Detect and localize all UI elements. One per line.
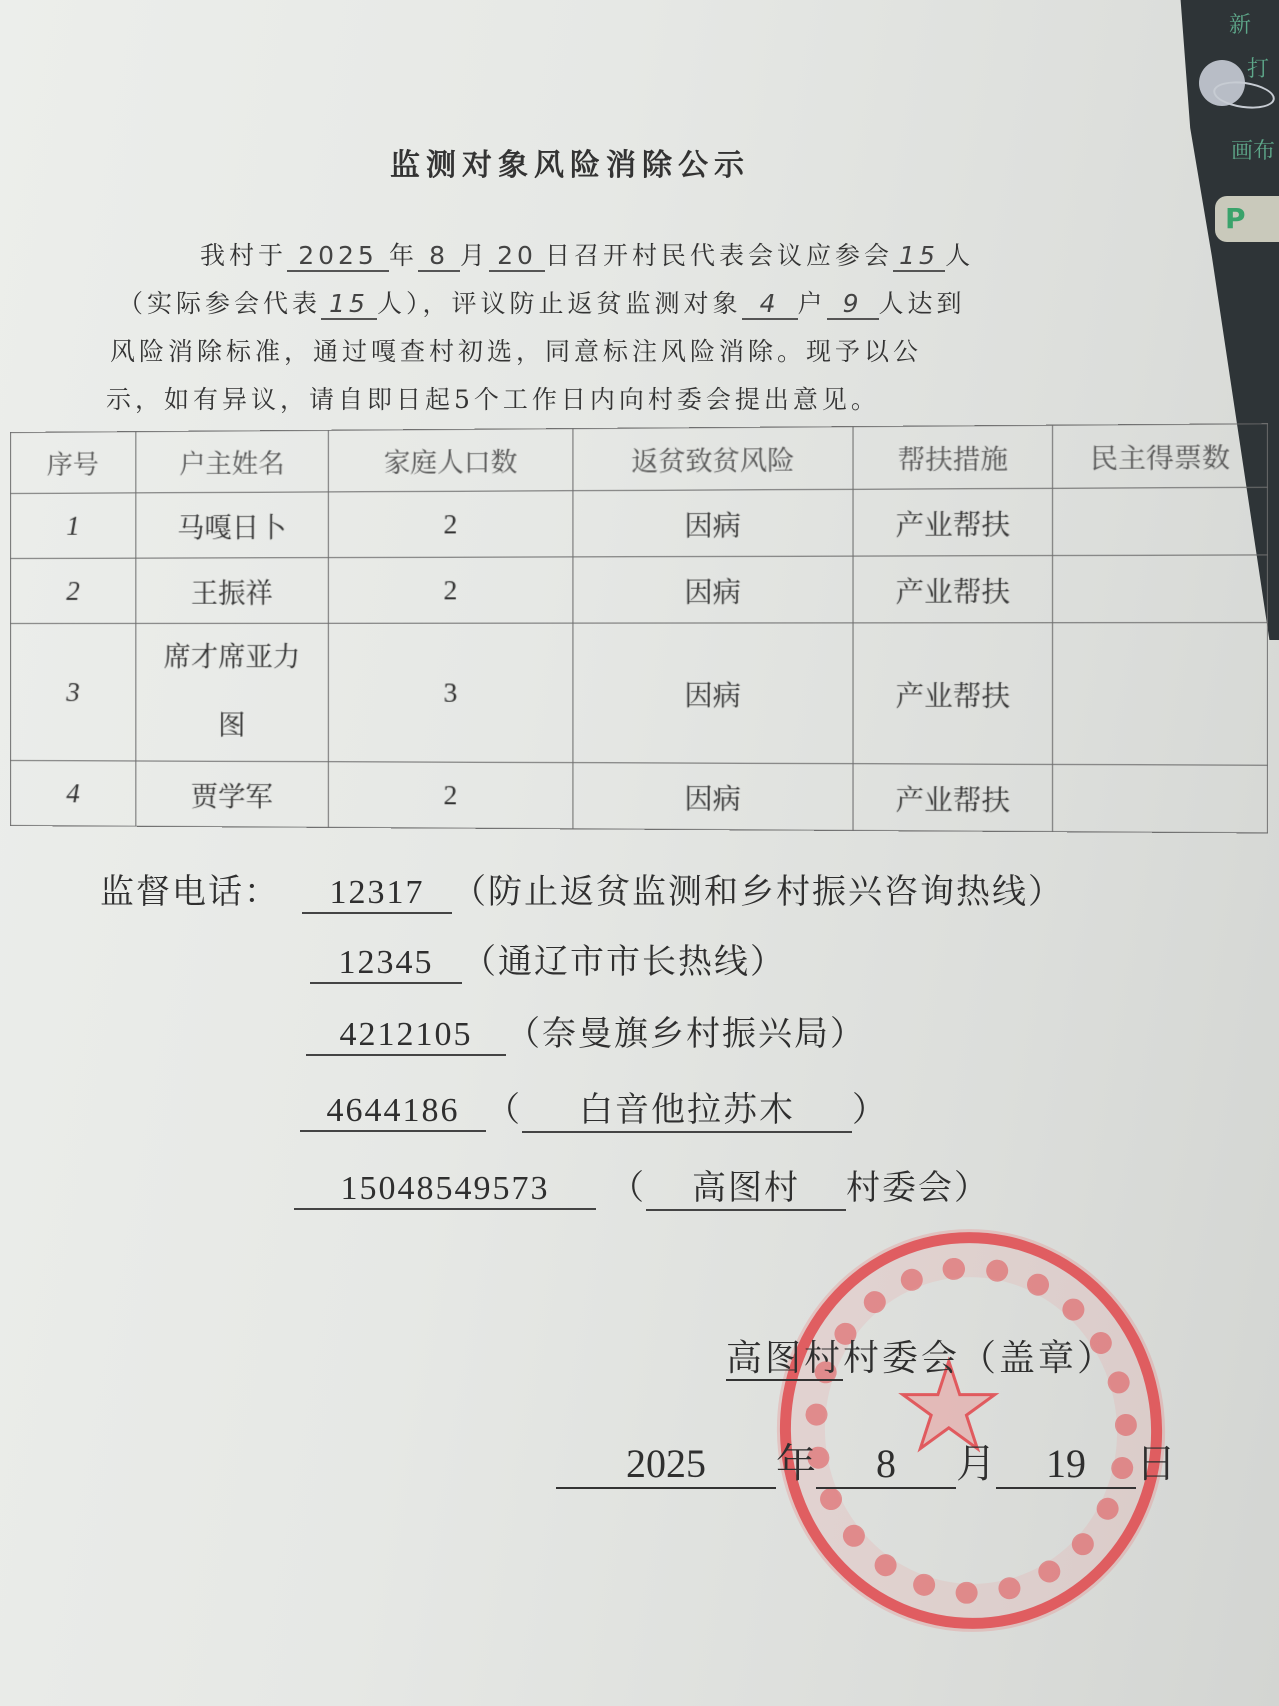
date-year: 2025: [556, 1440, 776, 1489]
actual-attendees-field: 15: [321, 289, 377, 320]
screen-pill-button: P: [1215, 196, 1279, 242]
cell-seq: 2: [10, 558, 135, 623]
intro-text: 人: [945, 241, 974, 270]
signature-org-rest: 村委会（盖章）: [843, 1338, 1116, 1379]
phone-description: （防止返贫监测和乡村振兴咨询热线）: [452, 872, 1064, 912]
persons-field: 9: [827, 289, 879, 320]
supervision-phone-row: 15048549573（高图村村委会）: [294, 1160, 990, 1211]
table-row: 4 贾学军 2 因病 产业帮扶: [10, 761, 1267, 833]
table-row: 3 席才席亚力图 3 因病 产业帮扶: [10, 623, 1267, 766]
supervision-phone-row: 监督电话：12317（防止返贫监测和乡村振兴咨询热线）: [100, 864, 1064, 914]
cell-votes: [1053, 623, 1268, 766]
intro-line-4: 示，如有异议，请自即日起5个工作日内向村委会提出意见。: [106, 380, 880, 416]
supervision-phone-row: 12345（通辽市市长热线）: [310, 934, 786, 984]
screen-text-fragment: 画布: [1231, 134, 1275, 165]
phone-number: 4212105: [306, 1016, 506, 1056]
expected-attendees-field: 15: [893, 241, 945, 272]
cell-name: 王振祥: [136, 558, 329, 624]
meeting-month-field: 8: [418, 241, 460, 272]
intro-text: （实际参会代表: [118, 289, 321, 318]
phone-description-close: ）: [852, 1090, 888, 1130]
risk-table: 序号 户主姓名 家庭人口数 返贫致贫风险 帮扶措施 民主得票数 1 马嘎日卜 2…: [10, 423, 1268, 833]
phone-number: 12317: [302, 874, 452, 914]
intro-text: 日召开村民代表会议应参会: [545, 241, 893, 270]
supervision-phone-row: 4212105（奈曼旗乡村振兴局）: [306, 1006, 866, 1056]
table-header-row: 序号 户主姓名 家庭人口数 返贫致贫风险 帮扶措施 民主得票数: [10, 424, 1267, 494]
cell-risk: 因病: [573, 763, 853, 831]
supervision-label: 监督电话：: [100, 872, 280, 912]
phone-description-filled: 高图村: [646, 1160, 846, 1211]
intro-line-1: 我村于2025年8月20日召开村民代表会议应参会15人: [200, 236, 974, 272]
header-name: 户主姓名: [136, 430, 329, 493]
intro-line-3: 风险消除标准，通过嘎查村初选，同意标注风险消除。现予以公: [110, 332, 922, 368]
cell-seq: 4: [10, 761, 135, 827]
meeting-year-field: 2025: [287, 241, 389, 272]
cell-measure: 产业帮扶: [853, 488, 1053, 556]
cell-measure: 产业帮扶: [853, 764, 1053, 832]
phone-description-filled: 白音他拉苏木: [522, 1082, 852, 1133]
date-month: 8: [816, 1440, 956, 1489]
cell-family-size: 3: [329, 623, 574, 763]
cell-seq: 1: [10, 493, 135, 559]
phone-description-rest: 村委会）: [846, 1168, 990, 1208]
cell-name: 马嘎日卜: [136, 492, 329, 558]
cell-name: 席才席亚力图: [136, 623, 329, 761]
intro-text: 户: [798, 289, 827, 318]
phone-number: 4644186: [300, 1092, 486, 1132]
signature-date: 2025年8月19日: [556, 1432, 1176, 1489]
households-field: 4: [742, 289, 798, 320]
cell-risk: 因病: [573, 556, 853, 623]
cell-risk: 因病: [573, 489, 853, 557]
intro-text: 年: [389, 241, 418, 270]
intro-text: 月: [460, 241, 489, 270]
table-row: 2 王振祥 2 因病 产业帮扶: [10, 555, 1267, 624]
intro-text: 人达到: [879, 289, 966, 318]
intro-text: 我村于: [200, 241, 287, 270]
date-day-char: 日: [1136, 1441, 1176, 1487]
cell-measure: 产业帮扶: [853, 556, 1053, 623]
signature-org: 高图村村委会（盖章）: [726, 1330, 1116, 1381]
cell-votes: [1053, 555, 1268, 623]
cell-votes: [1053, 764, 1268, 832]
header-measure: 帮扶措施: [853, 425, 1053, 489]
screen-text-fragment: 新: [1229, 8, 1251, 39]
phone-description: （奈曼旗乡村振兴局）: [506, 1014, 866, 1054]
header-family-size: 家庭人口数: [329, 429, 574, 492]
cell-votes: [1053, 487, 1268, 555]
cell-name-text: 席才席亚力图: [164, 624, 301, 761]
meeting-day-field: 20: [489, 241, 545, 272]
header-risk: 返贫致贫风险: [573, 427, 853, 491]
table-row: 1 马嘎日卜 2 因病 产业帮扶: [10, 487, 1267, 558]
phone-description-open: （: [486, 1090, 522, 1130]
cell-risk: 因病: [573, 623, 853, 764]
cell-family-size: 2: [329, 491, 574, 558]
cell-seq: 3: [10, 623, 135, 761]
date-year-char: 年: [776, 1441, 816, 1487]
document-title: 监测对象风险消除公示: [390, 140, 750, 184]
date-day: 19: [996, 1440, 1136, 1489]
phone-description: （通辽市市长热线）: [462, 942, 786, 982]
header-votes: 民主得票数: [1053, 424, 1268, 489]
date-month-char: 月: [956, 1441, 996, 1487]
cell-family-size: 2: [329, 557, 574, 623]
phone-number: 12345: [310, 944, 462, 984]
phone-description-open: （: [610, 1168, 646, 1208]
intro-line-2: （实际参会代表15人），评议防止返贫监测对象4户9人达到: [118, 284, 966, 320]
cell-measure: 产业帮扶: [853, 623, 1053, 765]
cell-name: 贾学军: [136, 761, 329, 827]
header-seq: 序号: [10, 432, 135, 494]
intro-text: 人），评议防止返贫监测对象: [377, 289, 742, 318]
cell-family-size: 2: [329, 762, 574, 829]
signature-org-underlined: 高图村: [726, 1338, 843, 1381]
supervision-phone-row: 4644186（白音他拉苏木）: [300, 1082, 888, 1133]
phone-number: 15048549573: [294, 1170, 596, 1210]
screen-text-fragment: 打: [1247, 52, 1269, 83]
